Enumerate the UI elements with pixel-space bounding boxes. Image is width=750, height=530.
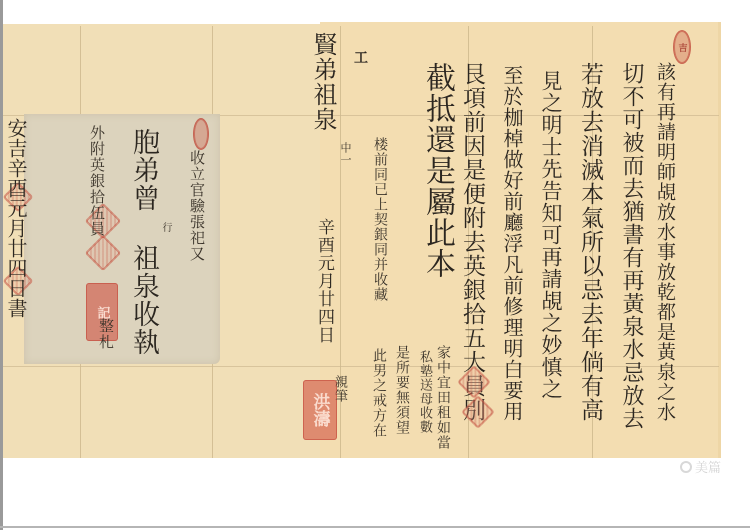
family-note-2: 私塾送母收數 xyxy=(418,350,431,470)
addressee-name: 賢弟祖泉 xyxy=(311,32,335,132)
top-right-seal: 吉 xyxy=(673,30,691,64)
family-note-1: 家中宜田租如當 xyxy=(436,345,450,475)
slip-main-column: 胞弟曾 祖泉收執 xyxy=(130,128,157,368)
signer-note: 親筆 xyxy=(333,375,346,403)
main-text-column-5: 至於枷棹做好前廳浮凡前修理明白要用 xyxy=(502,65,522,460)
main-text-column-2: 切不可被而去猶書有再黃泉水忌放去 xyxy=(620,62,642,462)
slip-left-end: 整札 xyxy=(98,318,113,350)
slip-main-note: 行 xyxy=(160,222,170,233)
image-bottom-border xyxy=(0,526,750,528)
addressee-suffix: 中一 xyxy=(340,142,351,166)
slip-top-seal xyxy=(193,118,209,150)
contract-date: 辛酉元月廿四日 xyxy=(315,218,332,378)
left-edge-date: 安吉辛酉元月廿四日書 xyxy=(6,118,26,368)
main-text-column-4: 見之明士先告知可再請覘之妙慎之 xyxy=(540,70,561,460)
main-text-column-7: 截抵還是屬此本 xyxy=(422,62,452,342)
fold-line xyxy=(3,366,719,367)
seal-text: 吉 xyxy=(674,31,690,63)
slip-right-column: 收立官驗張祀又 xyxy=(189,150,204,360)
addressee-mark: 工 xyxy=(353,50,367,65)
watermark-logo-icon xyxy=(680,461,692,473)
family-note-4: 此男之戒方在 xyxy=(372,348,386,478)
property-note: 楼前同已上契銀同并收藏 xyxy=(373,137,387,337)
paper-right-edge xyxy=(718,22,721,458)
watermark: 美篇 xyxy=(680,457,721,476)
watermark-label: 美篇 xyxy=(695,457,721,476)
family-note-3: 是所要無須望 xyxy=(395,345,409,475)
main-text-column-1: 該有再請明師覘放水事放乾都是黃泉之水 xyxy=(655,62,674,462)
main-text-column-3: 若放去消滅本氣所以忌去年倘有高 xyxy=(578,62,601,462)
